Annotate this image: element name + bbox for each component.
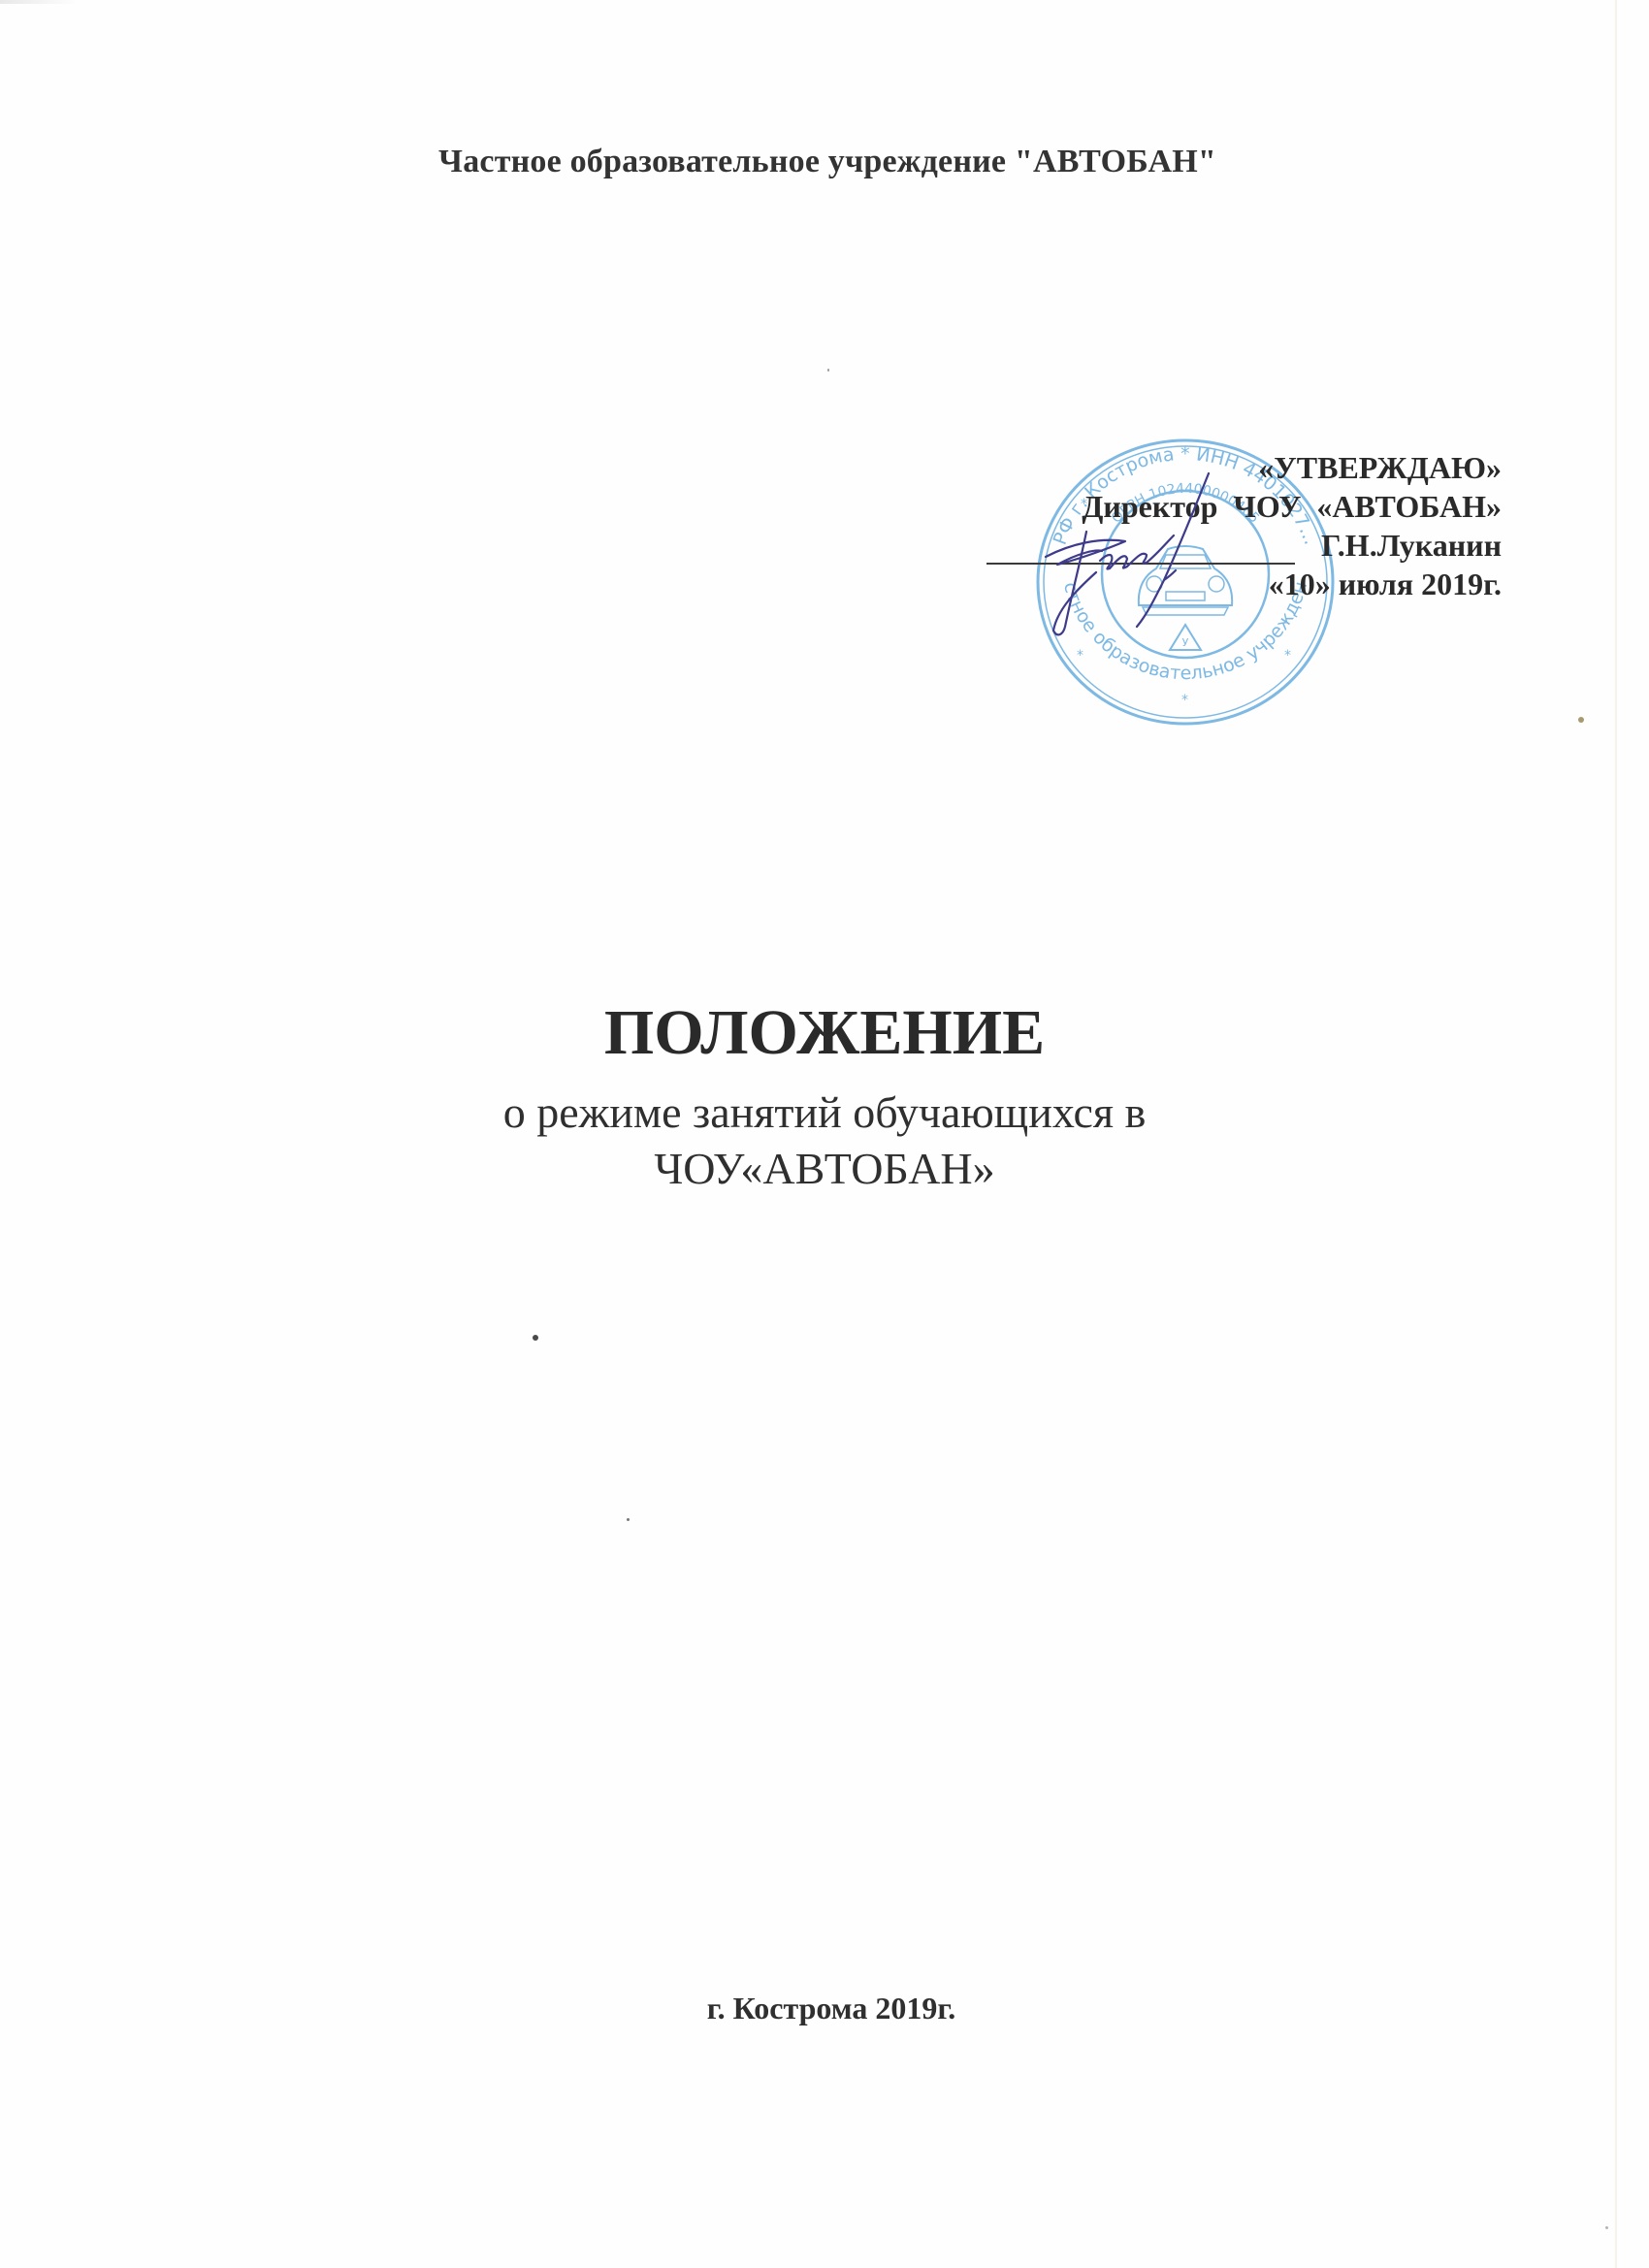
svg-text:*: * [1284,648,1291,664]
scan-speck [1605,2226,1608,2229]
organization-header: Частное образовательное учреждение "АВТО… [0,144,1649,180]
place-and-year: г. Кострома 2019г. [0,1991,1649,2026]
scan-speck [533,1335,538,1341]
document-title: ПОЛОЖЕНИЕ [0,999,1649,1067]
subtitle-line-1: о режиме занятий обучающихся в [0,1085,1649,1141]
scan-smudge [0,0,78,4]
scan-speck [627,1518,630,1521]
signature-icon [1018,464,1261,658]
scan-speck [1578,717,1584,723]
document-page: Частное образовательное учреждение "АВТО… [0,0,1649,2268]
document-subtitle: о режиме занятий обучающихся в ЧОУ«АВТОБ… [0,1085,1649,1197]
svg-text:*: * [1181,693,1188,708]
subtitle-line-2: ЧОУ«АВТОБАН» [0,1141,1649,1197]
scan-speck [827,369,829,372]
